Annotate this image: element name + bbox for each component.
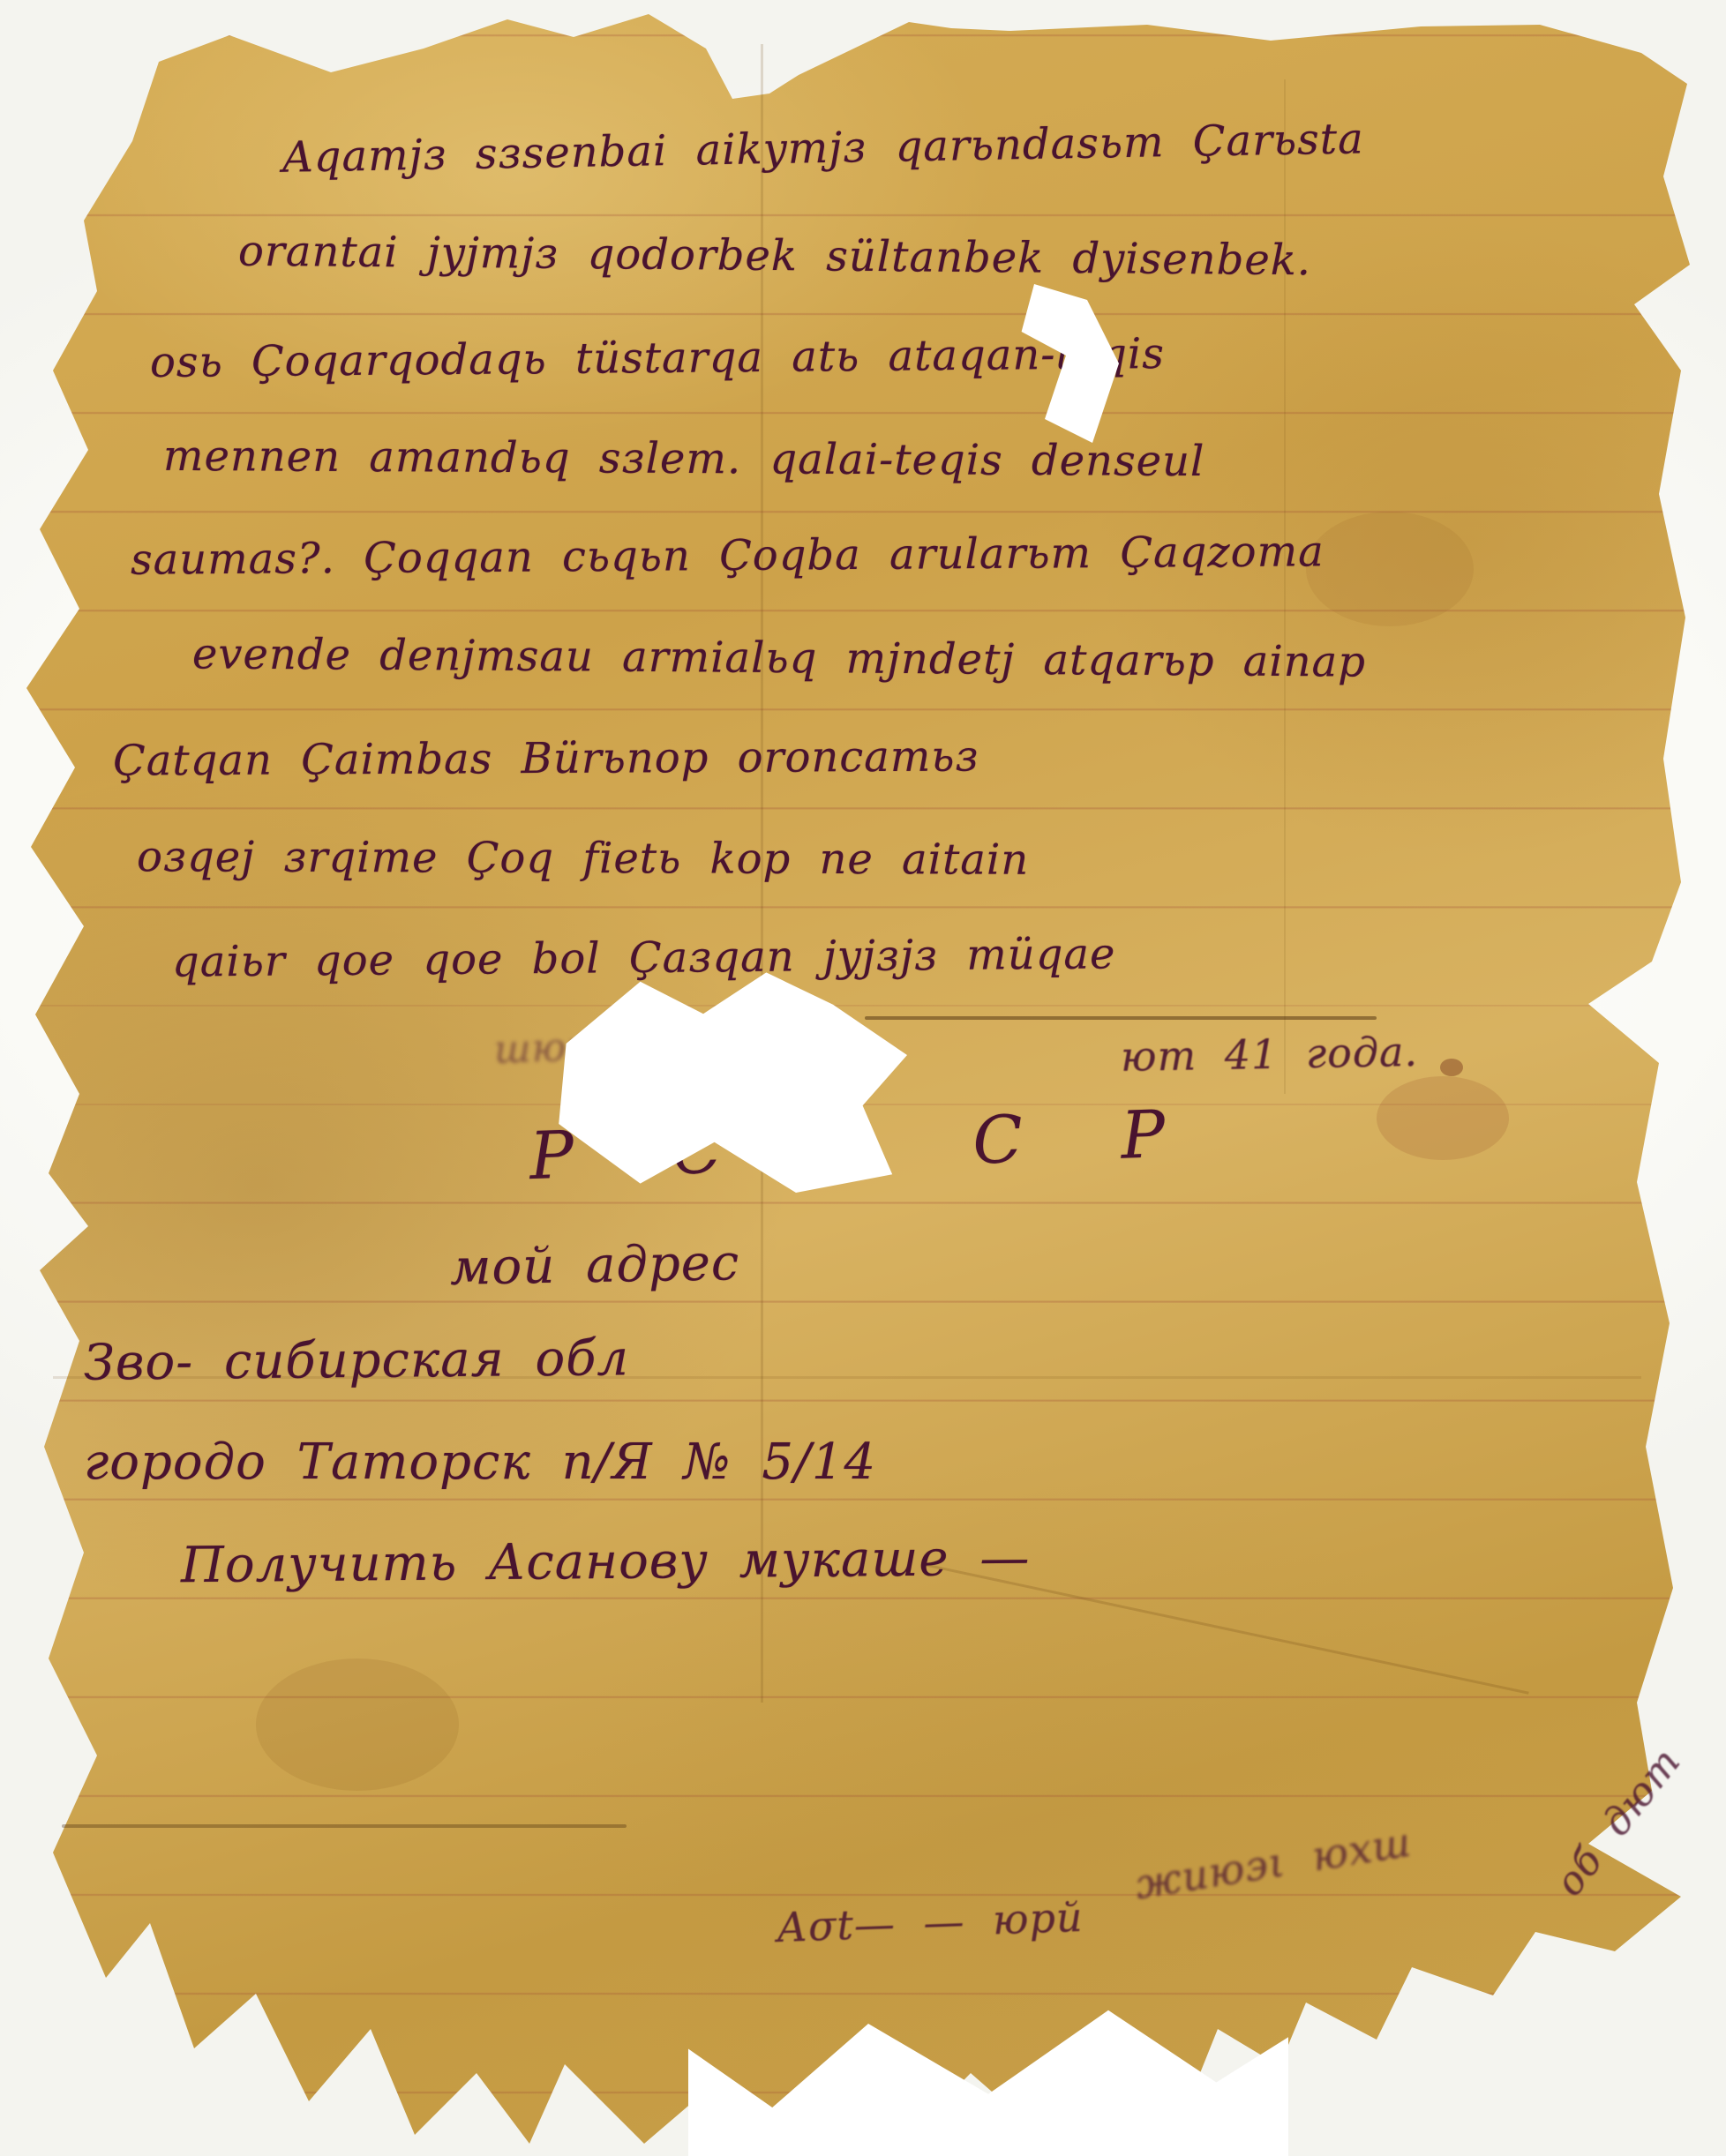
handwritten-line: oзqej зrqime Çoq fietь kop ne aitain (137, 832, 1029, 885)
ink-stain (1377, 1076, 1509, 1160)
ink-blot (1440, 1059, 1463, 1076)
faded-date-fragment: юm 41 года. (1121, 1028, 1419, 1081)
handwritten-line: mennen amandьq sзlem. qalai-teqis denseu… (163, 431, 1205, 486)
handwritten-line: saumas?. Çoqqan cьqьn Çoqba arularьm Çaq… (131, 527, 1325, 584)
paper-stain (256, 1658, 459, 1791)
handwritten-line: osь Çoqarqodaqь tüstarqa atь ataqan-teqi… (150, 329, 1165, 387)
address-city-line: городо Таторск п/Я № 5/14 (84, 1434, 876, 1491)
paper-stain (1306, 512, 1474, 626)
handwritten-line: orantai jyjmjз qodorbek sültanbek dyisen… (238, 227, 1312, 286)
handwritten-line: Çatqan Çaimbas Bürьnop oroncamьз (113, 731, 979, 785)
address-label: мой адрес (449, 1234, 739, 1297)
horizontal-fold-crease (865, 1016, 1377, 1020)
vertical-fold-crease (1284, 79, 1286, 1094)
address-region-line: Зво- сибирская обл (84, 1329, 630, 1391)
scanned-letter: Aqamjз sзsenbai aikymjз qarьndasьm Çarьs… (0, 0, 1726, 2156)
handwritten-line: evende denjmsau armialьq mjndetj atqarьp… (192, 629, 1366, 686)
horizontal-fold-crease (62, 1824, 627, 1828)
address-recipient-line: Получить Асанову мукаше — (181, 1530, 1031, 1594)
handwritten-line: qaiьr qoe qoe bol Çaзqan jyjзjз müqae (172, 929, 1116, 986)
